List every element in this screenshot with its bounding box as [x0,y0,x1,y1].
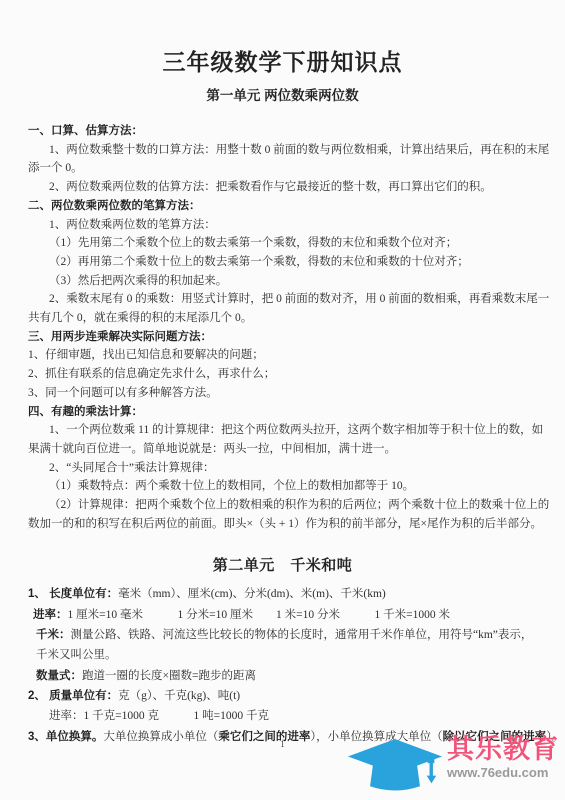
text-line: 三、用两步连乘解决实际问题方法： [28,328,565,347]
text-line: （2）计算规律：把两个乘数个位上的数相乘的积作为积的后两位；两个乘数十位上的数乘… [28,496,565,515]
text-line: 千米又叫公里。 [28,645,565,665]
text-line: 2、两位数乘两位数的估算方法：把乘数看作与它最接近的整十数，再口算出它们的积。 [28,178,565,197]
text-line: 添一个 0。 [28,159,565,178]
logo-text-block: 其乐教育 www.76edu.com [447,734,559,781]
document-content: 三年级数学下册知识点 第一单元 两位数乘两位数 一、口算、估算方法：1、两位数乘… [28,0,565,749]
text-line: （1）乘数特点：两个乘数十位上的数相同，个位上的数相加都等于 10。 [28,477,565,496]
text-line: 1、 长度单位有：毫米（mm）、厘米(cm)、分米(dm)、米(m)、千米(km… [28,584,565,604]
text-line: 共有几个 0，就在乘得的积的末尾添几个 0。 [28,309,565,328]
unit-2-heading: 第二单元 千米和吨 [28,555,565,576]
text-line: 数加一的和的积写在积后两位的前面。即头×（头 + 1）作为积的前半部分，尾×尾作… [28,515,565,534]
text-line: 1、两位数乘整十数的口算方法：用整十数 0 前面的数与两位数相乘，计算出结果后，… [28,141,565,160]
text-line: 1、仔细审题，找出已知信息和要解决的问题； [28,346,565,365]
text-line: 2、乘数末尾有 0 的乘数：用竖式计算时，把 0 前面的数对齐，用 0 前面的数… [28,290,565,309]
text-line: 3、同一个问题可以有多种解答方法。 [28,384,565,403]
text-line: 数量式：跑道一圈的长度×圈数=跑步的距离 [28,666,565,686]
text-line: 2、“头同尾合十”乘法计算规律： [28,459,565,478]
document-title: 三年级数学下册知识点 [28,46,565,80]
document-page: 三年级数学下册知识点 第一单元 两位数乘两位数 一、口算、估算方法：1、两位数乘… [0,0,565,800]
text-line: 二、两位数乘两位数的笔算方法： [28,197,565,216]
text-line: 一、口算、估算方法： [28,122,565,141]
unit-2-body: 1、 长度单位有：毫米（mm）、厘米(cm)、分米(dm)、米(m)、千米(km… [28,584,565,746]
logo-name: 其乐教育 [447,734,559,764]
unit-1-heading: 第一单元 两位数乘两位数 [28,86,565,106]
site-logo: 其乐教育 www.76edu.com [347,734,559,796]
text-line: 四、有趣的乘法计算： [28,403,565,422]
text-line: （1）先用第二个乘数个位上的数去乘第一个乘数，得数的末位和乘数个位对齐； [28,234,565,253]
text-line: （2）再用第二个乘数十位上的数去乘第一个乘数，得数的末位和乘数的十位对齐； [28,253,565,272]
text-line: 千米：测量公路、铁路、河流这些比较长的物体的长度时，通常用千米作单位，用符号“k… [28,625,565,645]
text-line: 1、两位数乘两位数的笔算方法： [28,216,565,235]
graduation-cap-icon [347,738,443,796]
text-line: 进率：1 千克=1000 克 1 吨=1000 千克 [28,706,565,726]
text-line: 果满十就向百位进一。简单地说就是：两头一拉，中间相加，满十进一。 [28,440,565,459]
text-line: 2、 质量单位有：克（g）、千克(kg)、吨(t) [28,686,565,706]
text-line: 1、一个两位数乘 11 的计算规律：把这个两位数两头拉开，这两个数字相加等于积十… [28,421,565,440]
text-line: 2、抓住有联系的信息确定先求什么，再求什么； [28,365,565,384]
unit-1-body: 一、口算、估算方法：1、两位数乘整十数的口算方法：用整十数 0 前面的数与两位数… [28,122,565,533]
logo-url: www.76edu.com [447,765,548,781]
text-line: （3）然后把两次乘得的积加起来。 [28,272,565,291]
text-line: 进率：1 厘米=10 毫米 1 分米=10 厘米 1 米=10 分米 1 千米=… [28,605,565,625]
